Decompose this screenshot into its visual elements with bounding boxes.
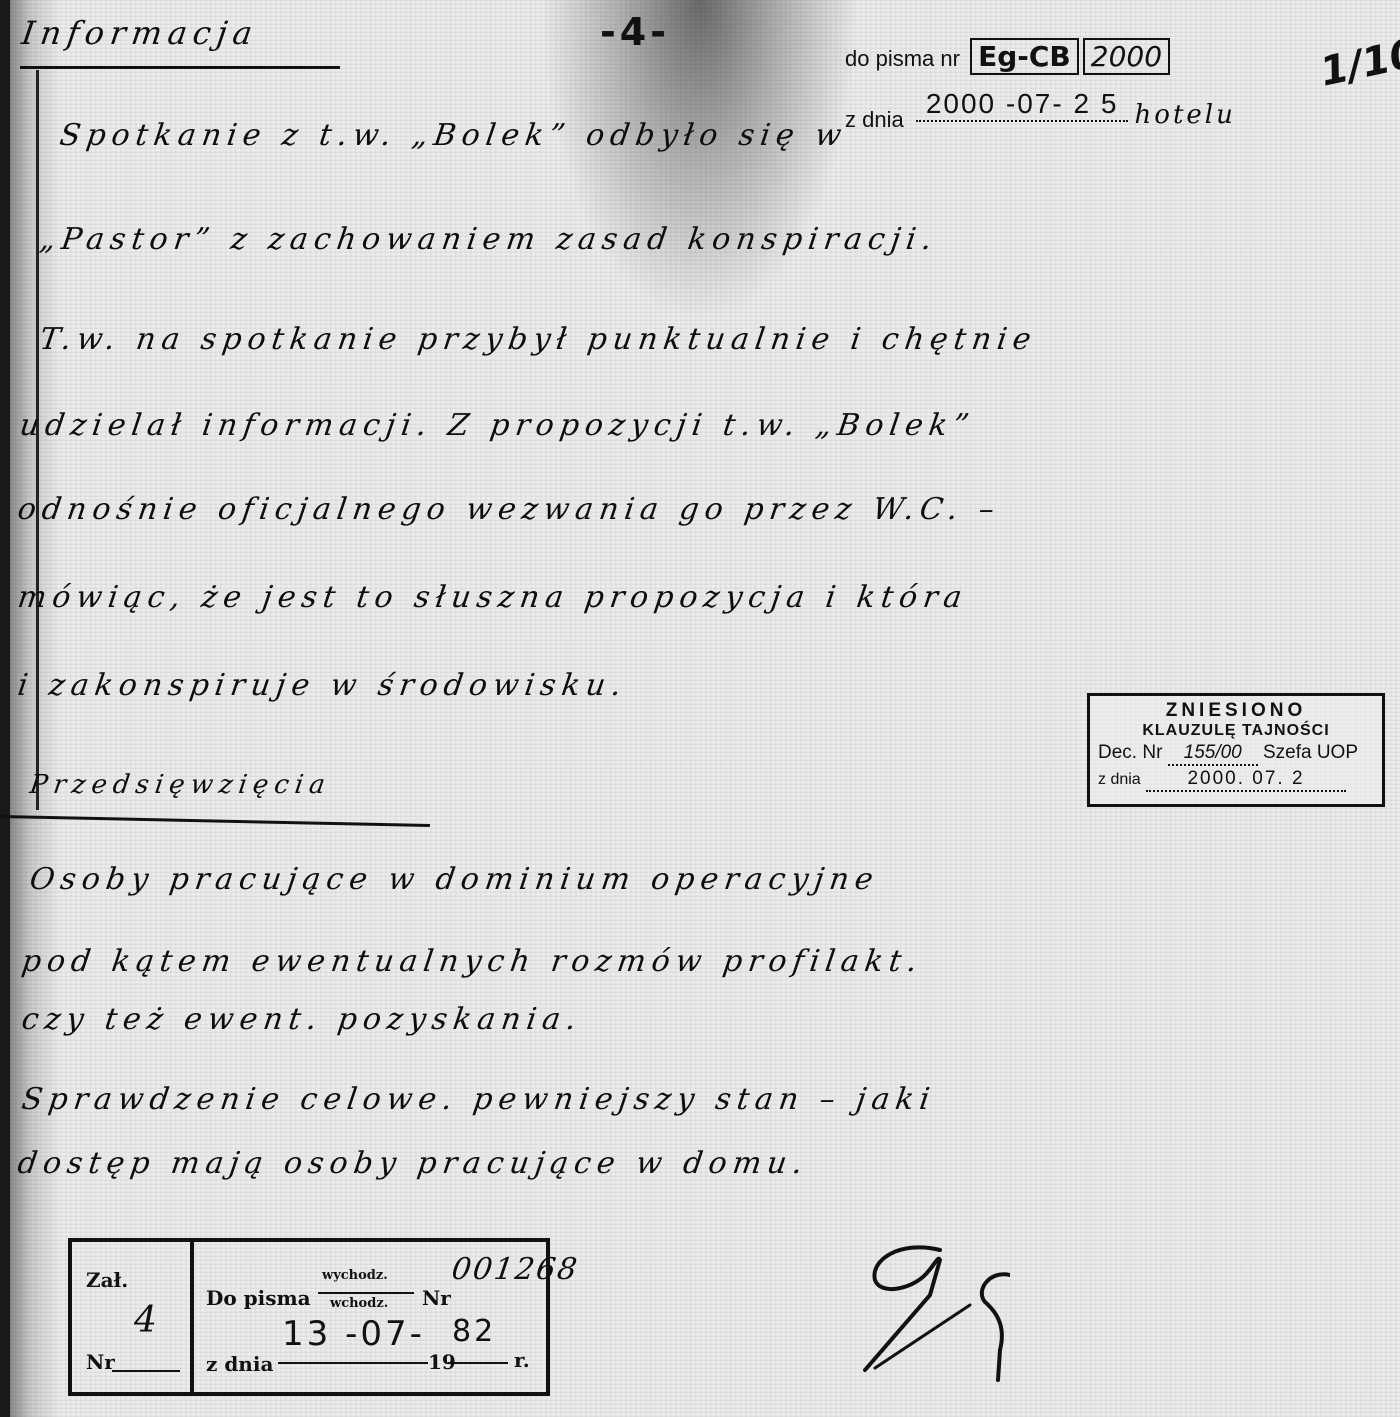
- date-label: z dnia: [845, 107, 904, 132]
- letter-number: Eg-CB: [970, 38, 1079, 75]
- action-line: dostęp mają osoby pracujące w domu.: [16, 1146, 811, 1181]
- attachment-cell: Zał. 4 Nr: [72, 1242, 194, 1392]
- page-number: -4-: [600, 10, 670, 54]
- attachment-number-label: Nr: [86, 1350, 115, 1374]
- registry-stamp: Zał. 4 Nr Do pisma wychodz. wchodz. Nr 0…: [68, 1238, 550, 1396]
- reg-number-label: Nr: [422, 1286, 451, 1310]
- action-line: pod kątem ewentualnych rozmów profilakt.: [20, 944, 926, 979]
- action-line: Osoby pracujące w dominium operacyjne: [28, 862, 882, 897]
- body-line: mówiąc, że jest to słuszna propozycja i …: [16, 580, 970, 615]
- issuer: Szefa UOP: [1263, 742, 1358, 763]
- outgoing-label: wychodz.: [322, 1268, 388, 1283]
- date-value: 13 -07-: [282, 1314, 425, 1354]
- title-underline: [20, 66, 340, 69]
- scan-edge-shadow: [0, 0, 10, 1417]
- stamp-line-1: ZNIESIONO: [1090, 700, 1382, 722]
- year-suffix: r.: [514, 1348, 530, 1372]
- decision-value: 155/00: [1168, 742, 1258, 766]
- declassification-stamp: ZNIESIONO KLAUZULĘ TAJNOŚCI Dec. Nr 155/…: [1087, 693, 1385, 807]
- attachment-value: 4: [134, 1300, 157, 1341]
- decision-date-row: z dnia 2000. 07. 2: [1090, 768, 1382, 792]
- body-line: Spotkanie z t.w. „Bolek” odbyło się w: [58, 118, 850, 153]
- decision-date-value: 2000. 07. 2: [1146, 768, 1346, 792]
- action-line: czy też ewent. pozyskania.: [20, 1002, 585, 1037]
- body-line: „Pastor” z zachowaniem zasad konspiracji…: [38, 222, 940, 257]
- incoming-label: wchodz.: [330, 1296, 388, 1311]
- margin-note: hotelu: [1135, 100, 1236, 130]
- action-line: Sprawdzenie celowe. pewniejszy stan – ja…: [20, 1082, 938, 1117]
- letter-label: Do pisma: [206, 1286, 311, 1310]
- section-underline: [0, 815, 430, 827]
- section-heading: Przedsięwzięcia: [28, 770, 333, 800]
- attachment-label: Zał.: [86, 1268, 128, 1292]
- letter-label: do pisma nr: [845, 46, 960, 71]
- signature-mark: [830, 1220, 1010, 1390]
- scanned-document-page: Informacja -4- 1/10 do pisma nr Eg-CB200…: [0, 0, 1400, 1417]
- document-title: Informacja: [19, 14, 260, 52]
- reg-number-value: 001268: [450, 1252, 581, 1287]
- body-line: i zakonspiruje w środowisku.: [16, 668, 630, 703]
- body-line: T.w. na spotkanie przybył punktualnie i …: [38, 322, 1040, 357]
- body-line: odnośnie oficjalnego wezwania go przez W…: [16, 492, 1003, 527]
- date-value: 2000 -07- 2 5: [916, 88, 1129, 122]
- decision-date-label: z dnia: [1098, 771, 1141, 788]
- letter-year: 2000: [1083, 38, 1170, 75]
- reference-stamp: do pisma nr Eg-CB2000 z dnia 2000 -07- 2…: [845, 38, 1236, 138]
- stamp-line-2: KLAUZULĘ TAJNOŚCI: [1090, 722, 1382, 740]
- year: 82: [452, 1314, 496, 1349]
- margin-mark: 1/10: [1316, 30, 1400, 95]
- date-label: z dnia: [206, 1352, 273, 1376]
- body-line: udzielał informacji. Z propozycji t.w. „…: [18, 408, 977, 443]
- decision-row: Dec. Nr 155/00 Szefa UOP: [1090, 742, 1382, 766]
- decision-label: Dec. Nr: [1098, 742, 1162, 763]
